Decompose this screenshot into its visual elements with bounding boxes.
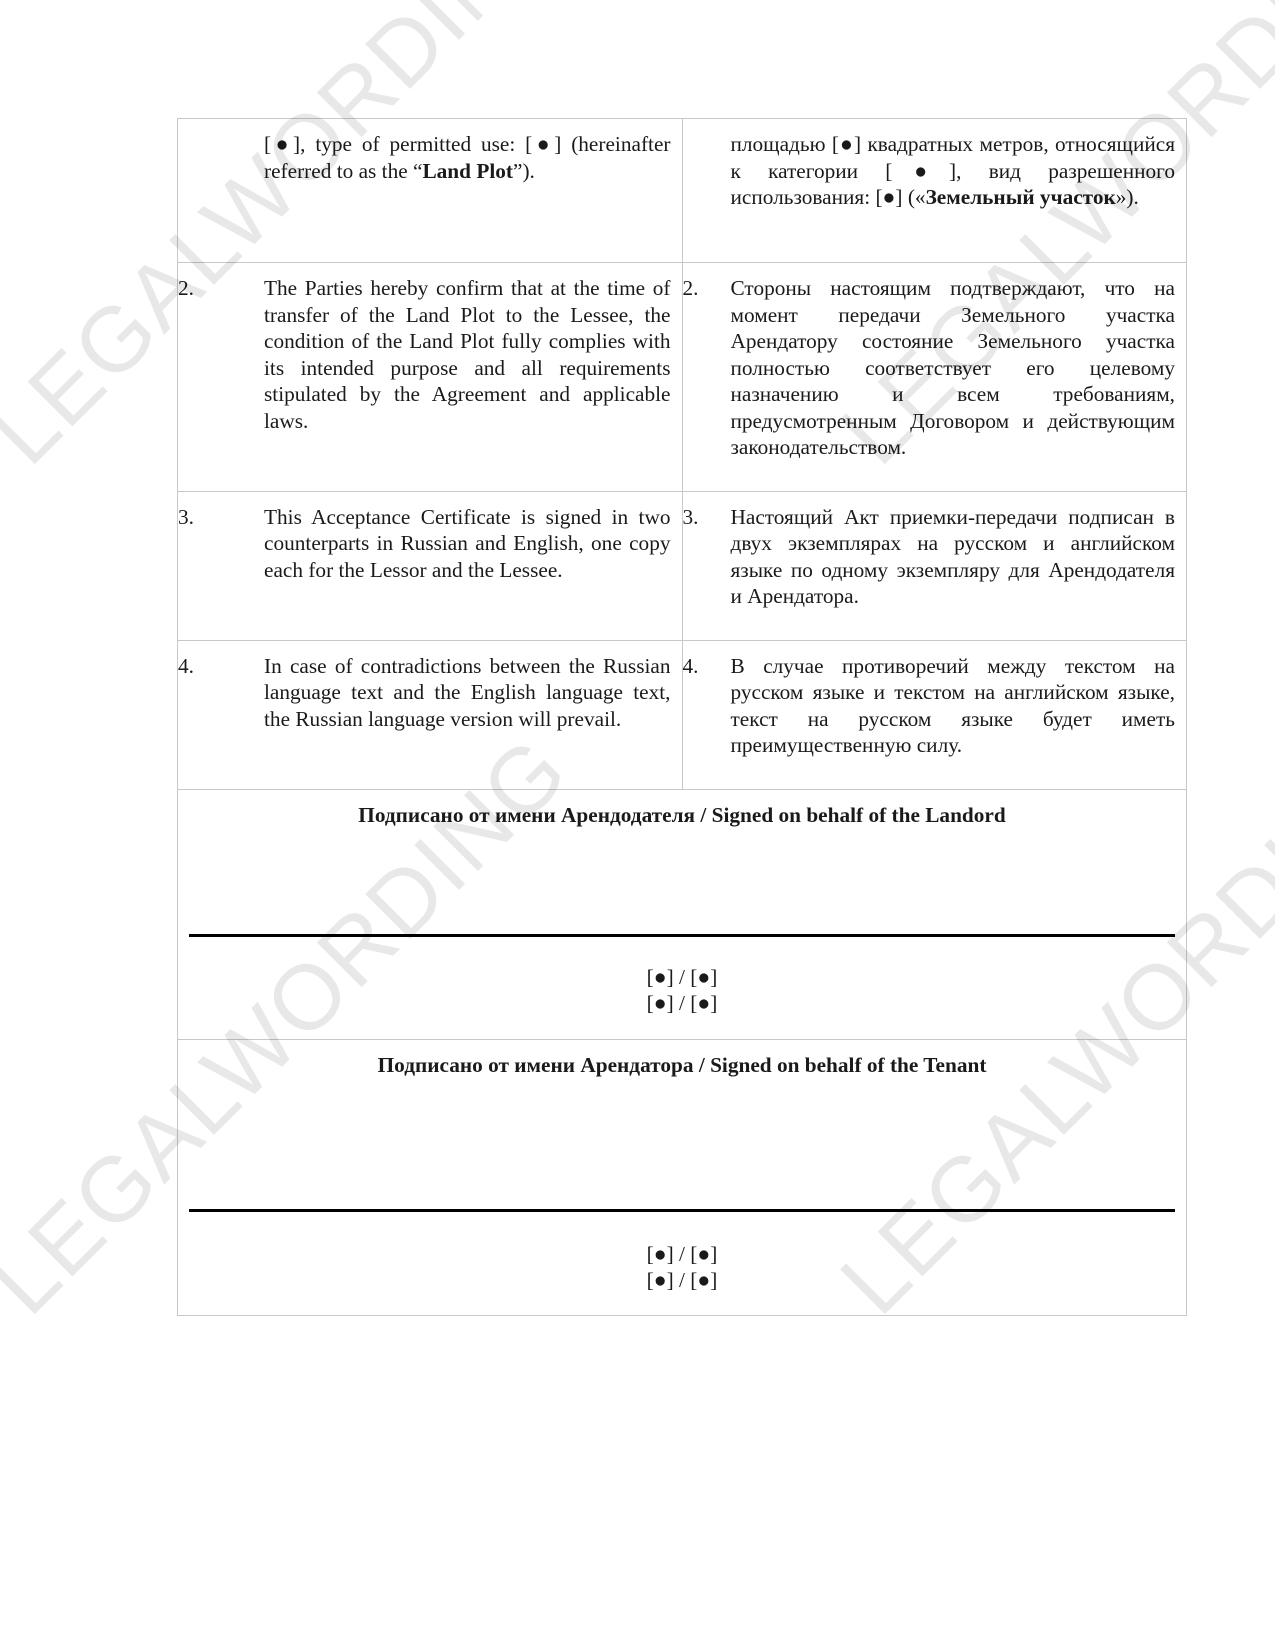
clause-text-english: The Parties hereby confirm that at the t… [264, 275, 671, 434]
defined-term: Земельный участок [926, 185, 1116, 209]
clause-english-cell: [●], type of permitted use: [●] (hereina… [178, 119, 683, 263]
signature-line [189, 934, 1175, 937]
signature-row-landlord: Подписано от имени Арендодателя / Signed… [178, 789, 1187, 1039]
signatory-details: [●] / [●] [●] / [●] [178, 1241, 1186, 1294]
signature-row-tenant: Подписано от имени Арендатора / Signed o… [178, 1039, 1187, 1315]
clause-english-cell: 2. The Parties hereby confirm that at th… [178, 263, 683, 492]
clause-text-english: [●], type of permitted use: [●] (hereina… [264, 131, 671, 184]
clause-number: 4. [683, 653, 731, 759]
clause-number: 3. [683, 504, 731, 610]
clause-number [683, 131, 731, 211]
clause-number: 2. [178, 275, 264, 434]
clause-text-russian: В случае противоречий между текстом на р… [731, 653, 1176, 759]
clause-text-russian: Стороны настоящим подтверждают, что на м… [731, 275, 1176, 461]
signature-block-landlord: Подписано от имени Арендодателя / Signed… [178, 789, 1187, 1039]
clause-russian-cell: 2. Стороны настоящим подтверждают, что н… [682, 263, 1187, 492]
clause-text-english: This Acceptance Certificate is signed in… [264, 504, 671, 584]
clause-row: [●], type of permitted use: [●] (hereina… [178, 119, 1187, 263]
clause-text-english: In case of contradictions between the Ru… [264, 653, 671, 733]
signatory-details: [●] / [●] [●] / [●] [178, 964, 1186, 1017]
signature-block-tenant: Подписано от имени Арендатора / Signed o… [178, 1039, 1187, 1315]
clause-number: 4. [178, 653, 264, 733]
clause-number: 3. [178, 504, 264, 584]
signatory-title: [●] / [●] [178, 1267, 1186, 1294]
clause-russian-cell: площадью [●] квадратных метров, относящи… [682, 119, 1187, 263]
acceptance-certificate-table: [●], type of permitted use: [●] (hereina… [177, 118, 1187, 1316]
signatory-name: [●] / [●] [178, 964, 1186, 991]
clause-row: 2. The Parties hereby confirm that at th… [178, 263, 1187, 492]
signatory-title: [●] / [●] [178, 990, 1186, 1017]
clause-row: 4. In case of contradictions between the… [178, 640, 1187, 789]
clause-text-russian: площадью [●] квадратных метров, относящи… [731, 131, 1176, 211]
clause-russian-cell: 4. В случае противоречий между текстом н… [682, 640, 1187, 789]
clause-english-cell: 3. This Acceptance Certificate is signed… [178, 491, 683, 640]
signatory-name: [●] / [●] [178, 1241, 1186, 1268]
clause-row: 3. This Acceptance Certificate is signed… [178, 491, 1187, 640]
defined-term: Land Plot [422, 159, 513, 183]
signature-line [189, 1209, 1175, 1212]
clause-english-cell: 4. In case of contradictions between the… [178, 640, 683, 789]
signature-heading: Подписано от имени Арендатора / Signed o… [178, 1040, 1186, 1079]
clause-number: 2. [683, 275, 731, 461]
clause-number [178, 131, 264, 184]
clause-text-russian: Настоящий Акт приемки-передачи подписан … [731, 504, 1176, 610]
clause-russian-cell: 3. Настоящий Акт приемки-передачи подпис… [682, 491, 1187, 640]
signature-heading: Подписано от имени Арендодателя / Signed… [178, 790, 1186, 829]
